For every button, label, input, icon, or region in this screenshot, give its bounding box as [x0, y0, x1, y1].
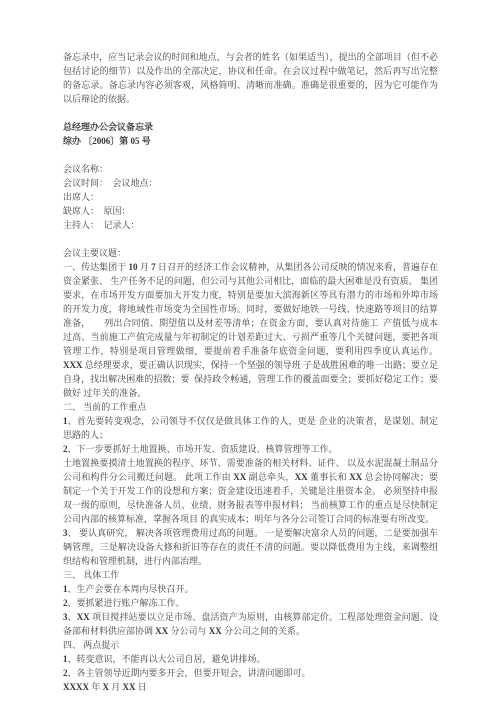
- topic-3-item-1: 1、生产会要在本周内尽快召开。: [63, 582, 438, 596]
- document-date: XXXX 年 X 月 XX 日: [63, 680, 438, 694]
- paragraph-topic-1: 一、传达集团于 10 月 7 日召开的经济工作会议精神，从集团各公司反映的情况来…: [63, 260, 438, 400]
- meeting-meta-fields: 会议名称： 会议时间： 会议地点： 出席人： 缺席人： 原因： 主持人： 记录人…: [63, 162, 438, 232]
- meta-meeting-name: 会议名称：: [63, 162, 438, 176]
- heading-topic-2: 二、 当前的工作重点: [63, 400, 438, 414]
- heading-topic-4: 四、 两点提示: [63, 638, 438, 652]
- memo-document: 备忘录中，应当记录会议的时间和地点，与会者的姓名（如果适当），提出的全部项目（但…: [63, 50, 438, 694]
- topic-2-item-3: 3、 要认真研究， 解决各项管理费用过高的问题。 一是要解决富余人员的问题，二是…: [63, 526, 438, 568]
- topic-2-item-1: 1、首先要转变观念，公司领导不仅仅是做具体工作的人，更是 企业的决策者，是谋划、…: [63, 414, 438, 442]
- topic-4-item-2: 2、各主管领导近期内要多开会，但要开短会，讲清问题即可。: [63, 666, 438, 680]
- topic-2-land-swap-paragraph: 土地置换要摸清土地置换的程序、环节、需要准备的相关材料、证件、 以及水泥混凝土制…: [63, 456, 438, 526]
- topic-3-item-3: 3、XX 项目搅拌站要以立足市场、盘活资产为原则，由核算部定价。工程部处理资金问…: [63, 610, 438, 638]
- topic-3-item-2: 2、要抓紧进行账户解冻工作。: [63, 596, 438, 610]
- agenda-heading: 会议主要议题：: [63, 246, 438, 260]
- heading-topic-3: 三、 具体工作: [63, 568, 438, 582]
- topic-2-item-2: 2、下一步要抓好土地置换、市场开发、资质建设、核算管理等工作。: [63, 442, 438, 456]
- document-number: 综办 〔2006〕第 05 号: [63, 134, 438, 148]
- document-page: 备忘录中，应当记录会议的时间和地点，与会者的姓名（如果适当），提出的全部项目（但…: [0, 0, 500, 707]
- meta-attendees: 出席人：: [63, 190, 438, 204]
- meta-absentees-reason: 缺席人： 原因：: [63, 204, 438, 218]
- document-title: 总经理办公会议备忘录: [63, 120, 438, 134]
- memo-body: 会议主要议题： 一、传达集团于 10 月 7 日召开的经济工作会议精神，从集团各…: [63, 246, 438, 694]
- intro-paragraph: 备忘录中，应当记录会议的时间和地点，与会者的姓名（如果适当），提出的全部项目（但…: [63, 50, 438, 106]
- topic-4-item-1: 1、转变意识，不能再以大公司自居，避免讲排场。: [63, 652, 438, 666]
- meta-host-recorder: 主持人： 记录人：: [63, 218, 438, 232]
- meta-meeting-time-place: 会议时间： 会议地点：: [63, 176, 438, 190]
